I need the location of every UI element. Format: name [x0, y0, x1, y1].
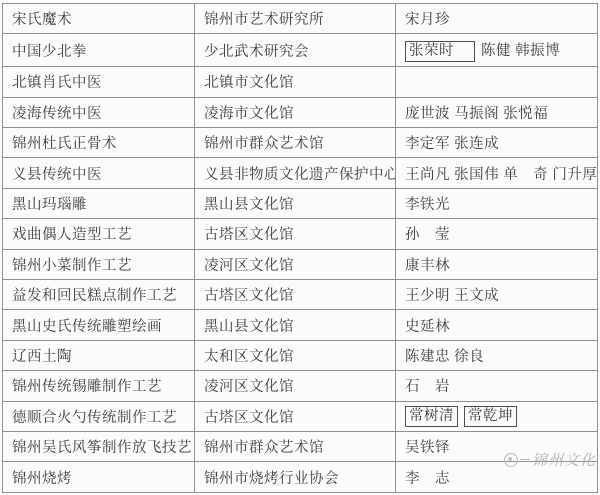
table-row: 锦州吴氏风筝制作放飞技艺锦州市群众艺术馆吴铁铎: [3, 432, 598, 462]
table-row: 宋氏魔术锦州市艺术研究所宋月珍: [3, 4, 598, 34]
person-name: 宋月珍: [405, 12, 450, 28]
project-name-cell: 益发和回民糕点制作工艺: [3, 280, 195, 310]
table-row: 凌海传统中医凌海市文化馆庞世波 马振阁 张悦福: [3, 97, 598, 127]
protection-unit-cell: 锦州市群众艺术馆: [195, 432, 396, 462]
project-name-cell: 戏曲偶人造型工艺: [3, 219, 195, 249]
project-name-cell: 宋氏魔术: [3, 4, 195, 34]
person-name: 李定军 张连成: [405, 136, 499, 152]
table-row: 义县传统中医义县非物质文化遗产保护中心王尚凡 张国伟 单 奇 门升厚: [3, 158, 598, 188]
person-name: 史延林: [405, 319, 450, 335]
person-name: 吴铁铎: [405, 440, 450, 456]
table-row: 锦州传统锡雕制作工艺凌河区文化馆石 岩: [3, 371, 598, 401]
person-name: 王少明 王文成: [405, 288, 499, 304]
protection-unit-cell: 古塔区文化馆: [195, 401, 396, 431]
persons-cell: 庞世波 马振阁 张悦福: [396, 97, 598, 127]
project-name-cell: 锦州吴氏风筝制作放飞技艺: [3, 432, 195, 462]
table-row: 北镇肖氏中医北镇市文化馆: [3, 67, 598, 97]
project-name-cell: 中国少北拳: [3, 34, 195, 67]
person-name: 庞世波 马振阁 张悦福: [405, 106, 548, 122]
document-page: 宋氏魔术锦州市艺术研究所宋月珍中国少北拳少北武术研究会张荣时陈健 韩振博北镇肖氏…: [0, 0, 600, 495]
protection-unit-cell: 凌海市文化馆: [195, 97, 396, 127]
table-row: 戏曲偶人造型工艺古塔区文化馆孙 莹: [3, 219, 598, 249]
protection-unit-cell: 锦州市群众艺术馆: [195, 127, 396, 157]
protection-unit-cell: 古塔区文化馆: [195, 280, 396, 310]
project-name-cell: 凌海传统中医: [3, 97, 195, 127]
protection-unit-cell: 锦州市烧烤行业协会: [195, 462, 396, 493]
persons-cell: 石 岩: [396, 371, 598, 401]
protection-unit-cell: 太和区文化馆: [195, 340, 396, 370]
person-name: 陈建忠 徐良: [405, 349, 484, 365]
protection-unit-cell: 义县非物质文化遗产保护中心: [195, 158, 396, 188]
table-row: 辽西土陶太和区文化馆陈建忠 徐良: [3, 340, 598, 370]
persons-cell: 陈建忠 徐良: [396, 340, 598, 370]
person-name: 康丰林: [405, 258, 450, 274]
project-name-cell: 锦州杜氏正骨术: [3, 127, 195, 157]
person-name: 李 志: [405, 471, 450, 487]
table-row: 黑山玛瑙雕黑山县文化馆李铁光: [3, 188, 598, 218]
protection-unit-cell: 北镇市文化馆: [195, 67, 396, 97]
table-row: 锦州杜氏正骨术锦州市群众艺术馆李定军 张连成: [3, 127, 598, 157]
table-row: 德顺合火勺传统制作工艺古塔区文化馆常树清常乾坤: [3, 401, 598, 431]
persons-cell: [396, 67, 598, 97]
protection-unit-cell: 凌河区文化馆: [195, 249, 396, 279]
persons-cell: 王尚凡 张国伟 单 奇 门升厚: [396, 158, 598, 188]
protection-unit-cell: 少北武术研究会: [195, 34, 396, 67]
heritage-table: 宋氏魔术锦州市艺术研究所宋月珍中国少北拳少北武术研究会张荣时陈健 韩振博北镇肖氏…: [2, 3, 598, 493]
persons-cell: 吴铁铎: [396, 432, 598, 462]
persons-cell: 康丰林: [396, 249, 598, 279]
table-row: 中国少北拳少北武术研究会张荣时陈健 韩振博: [3, 34, 598, 67]
table-row: 黑山史氏传统雕塑绘画黑山县文化馆史延林: [3, 310, 598, 340]
project-name-cell: 义县传统中医: [3, 158, 195, 188]
person-name: 李铁光: [405, 197, 450, 213]
persons-cell: 史延林: [396, 310, 598, 340]
project-name-cell: 德顺合火勺传统制作工艺: [3, 401, 195, 431]
persons-cell: 孙 莹: [396, 219, 598, 249]
person-name: 石 岩: [405, 379, 450, 395]
table-row: 锦州烧烤锦州市烧烤行业协会李 志: [3, 462, 598, 493]
project-name-cell: 锦州小菜制作工艺: [3, 249, 195, 279]
persons-cell: 常树清常乾坤: [396, 401, 598, 431]
persons-cell: 王少明 王文成: [396, 280, 598, 310]
persons-cell: 李铁光: [396, 188, 598, 218]
protection-unit-cell: 古塔区文化馆: [195, 219, 396, 249]
protection-unit-cell: 锦州市艺术研究所: [195, 4, 396, 34]
project-name-cell: 锦州烧烤: [3, 462, 195, 493]
project-name-cell: 锦州传统锡雕制作工艺: [3, 371, 195, 401]
table-row: 益发和回民糕点制作工艺古塔区文化馆王少明 王文成: [3, 280, 598, 310]
protection-unit-cell: 黑山县文化馆: [195, 310, 396, 340]
person-name-boxed: 张荣时: [405, 41, 475, 62]
persons-cell: 宋月珍: [396, 4, 598, 34]
person-name-boxed: 常树清: [405, 406, 458, 427]
protection-unit-cell: 黑山县文化馆: [195, 188, 396, 218]
persons-cell: 李 志: [396, 462, 598, 493]
table-row: 锦州小菜制作工艺凌河区文化馆康丰林: [3, 249, 598, 279]
person-name: 陈健 韩振博: [481, 43, 560, 59]
person-name-boxed: 常乾坤: [464, 406, 517, 427]
protection-unit-cell: 凌河区文化馆: [195, 371, 396, 401]
persons-cell: 张荣时陈健 韩振博: [396, 34, 598, 67]
person-name: 孙 莹: [405, 227, 450, 243]
persons-cell: 李定军 张连成: [396, 127, 598, 157]
person-name: 王尚凡 张国伟 单 奇 门升厚: [405, 167, 597, 183]
project-name-cell: 黑山史氏传统雕塑绘画: [3, 310, 195, 340]
project-name-cell: 辽西土陶: [3, 340, 195, 370]
project-name-cell: 黑山玛瑙雕: [3, 188, 195, 218]
project-name-cell: 北镇肖氏中医: [3, 67, 195, 97]
